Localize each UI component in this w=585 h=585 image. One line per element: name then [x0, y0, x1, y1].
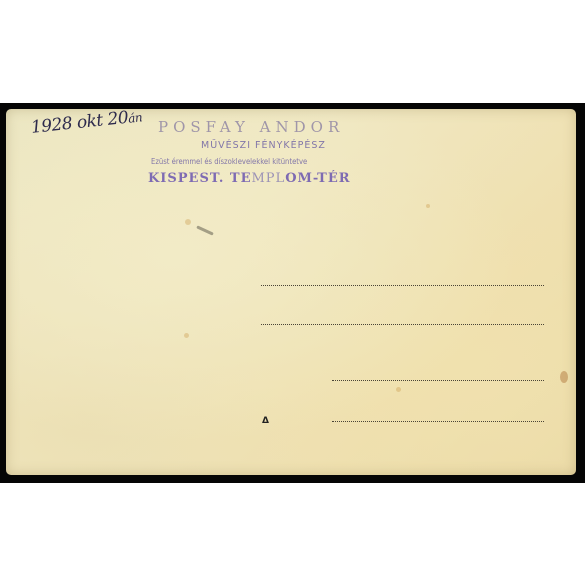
- triangle-mark-icon: Δ: [262, 416, 269, 426]
- address-line: [261, 285, 544, 286]
- stain: [396, 387, 401, 392]
- handwritten-date-suffix: án: [127, 110, 142, 125]
- handwritten-date-main: 1928 okt 20: [30, 109, 129, 138]
- postcard-back: 1928 okt 20án POSFAY ANDOR MŰVÉSZI FÉNYK…: [6, 109, 576, 475]
- stamp-address: KISPEST. TEMPLOM-TÉR: [148, 171, 351, 186]
- stain: [185, 219, 191, 225]
- stamp-award-text: Ezüst éremmel és díszoklevelekkel kitünt…: [151, 157, 307, 166]
- pencil-smudge: [196, 225, 214, 235]
- stamp-address-faded: MPL: [251, 171, 285, 186]
- stamp-address-end: OM-TÉR: [285, 171, 350, 186]
- stamp-photographer-name: POSFAY ANDOR: [158, 118, 344, 136]
- stamp-photographer-title: MŰVÉSZI FÉNYKÉPÉSZ: [201, 140, 326, 151]
- address-line: [261, 324, 544, 325]
- address-line: [332, 421, 544, 422]
- handwritten-date: 1928 okt 20án: [30, 109, 143, 138]
- stain: [184, 333, 189, 338]
- stain: [560, 371, 568, 383]
- address-line: [332, 380, 544, 381]
- stamp-address-start: KISPEST. TE: [148, 171, 251, 186]
- stain: [426, 204, 430, 208]
